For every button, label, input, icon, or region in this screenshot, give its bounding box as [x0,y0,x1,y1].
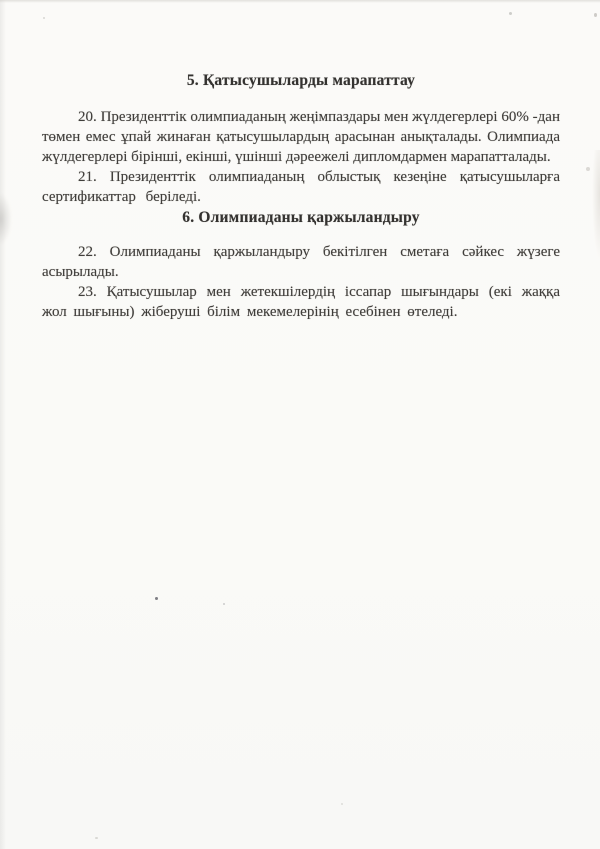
scan-speck [223,603,225,605]
section-heading-awarding: 5. Қатысушыларды марапаттау [42,71,560,91]
scan-smudge [592,150,600,260]
paragraph-22: 22. Олимпиаданы қаржыландыру бекітілген … [42,242,560,282]
scan-speck [155,597,158,600]
scan-speck [43,17,45,19]
scan-speck [95,837,98,839]
section-awarding-participants: 5. Қатысушыларды марапаттау 20. Президен… [42,71,560,207]
scan-smudge [0,193,12,245]
scan-speck [341,803,343,805]
scanned-document-page: 5. Қатысушыларды марапаттау 20. Президен… [0,0,600,849]
paragraph-23: 23. Қатысушылар мен жетекшілердің іссапа… [42,282,560,322]
section-financing: 6. Олимпиаданы қаржыландыру 22. Олимпиад… [42,208,560,322]
paragraph-21: 21. Президенттік олимпиаданың облыстық к… [42,167,560,207]
scan-speck [586,167,590,171]
scan-speck [509,12,512,15]
section-heading-financing: 6. Олимпиаданы қаржыландыру [42,208,560,228]
scan-speck [594,13,597,17]
paragraph-20: 20. Президенттік олимпиаданың жеңімпазда… [42,107,560,167]
